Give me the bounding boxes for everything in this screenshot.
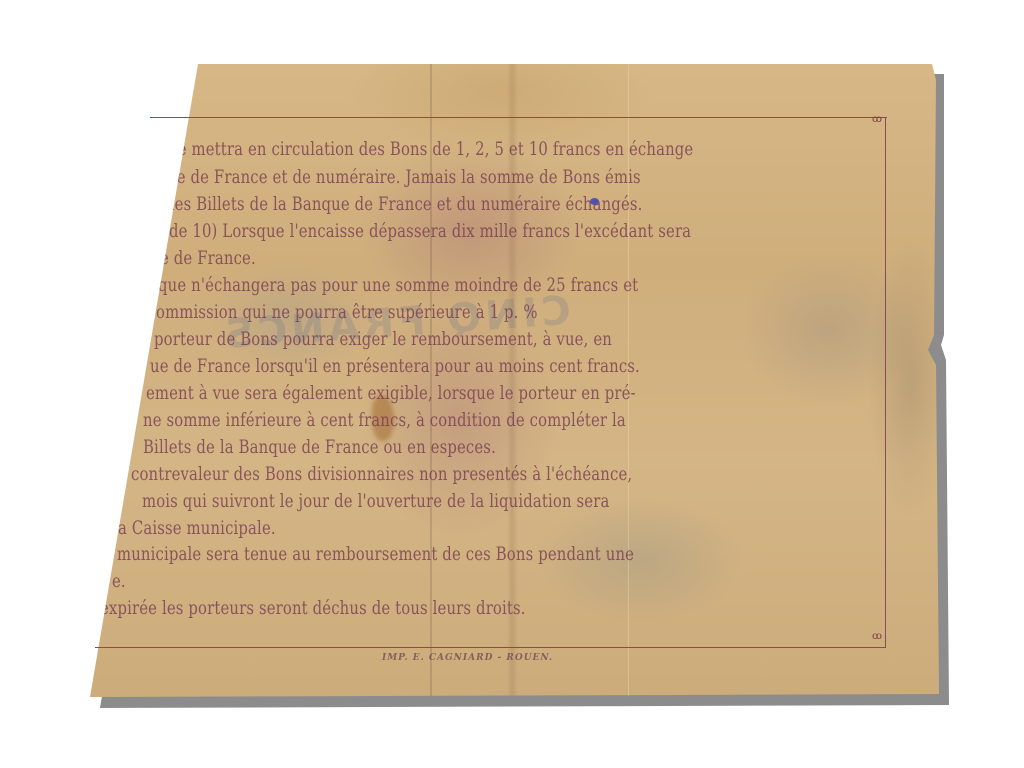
text-line: e de France. (160, 247, 256, 269)
printer-imprint: IMP. E. CAGNIARD - ROUEN. (382, 653, 553, 663)
text-line: que n'échangera pas pour une somme moind… (158, 274, 638, 296)
text-line: ement à vue sera également exigible, lor… (146, 382, 636, 404)
text-line: expirée les porteurs seront déchus de to… (100, 597, 526, 619)
text-line: ne somme inférieure à cent francs, à con… (143, 409, 626, 431)
text-line: municipale sera tenue au remboursement d… (117, 543, 634, 565)
blue-ink-mark (590, 198, 599, 205)
text-line: ommission qui ne pourra être supérieure … (156, 301, 538, 323)
text-line: porteur de Bons pourra exiger le rembour… (154, 328, 612, 350)
text-line: (de 10) Lorsque l'encaisse dépassera dix… (163, 220, 691, 242)
text-line: e. (112, 570, 126, 592)
text-line: ue de France lorsqu'il en présentera pou… (150, 355, 640, 377)
text-line: des Billets de la Banque de France et du… (165, 193, 643, 215)
text-line: contrevaleur des Bons divisionnaires non… (131, 463, 632, 485)
text-line: a Caisse municipale. (118, 517, 276, 539)
text-line: ne mettra en circulation des Bons de 1, … (168, 138, 693, 160)
text-line: Billets de la Banque de France ou en esp… (143, 436, 496, 458)
text-line: mois qui suivront le jour de l'ouverture… (142, 490, 609, 512)
text-line: ue de France et de numéraire. Jamais la … (167, 166, 641, 188)
